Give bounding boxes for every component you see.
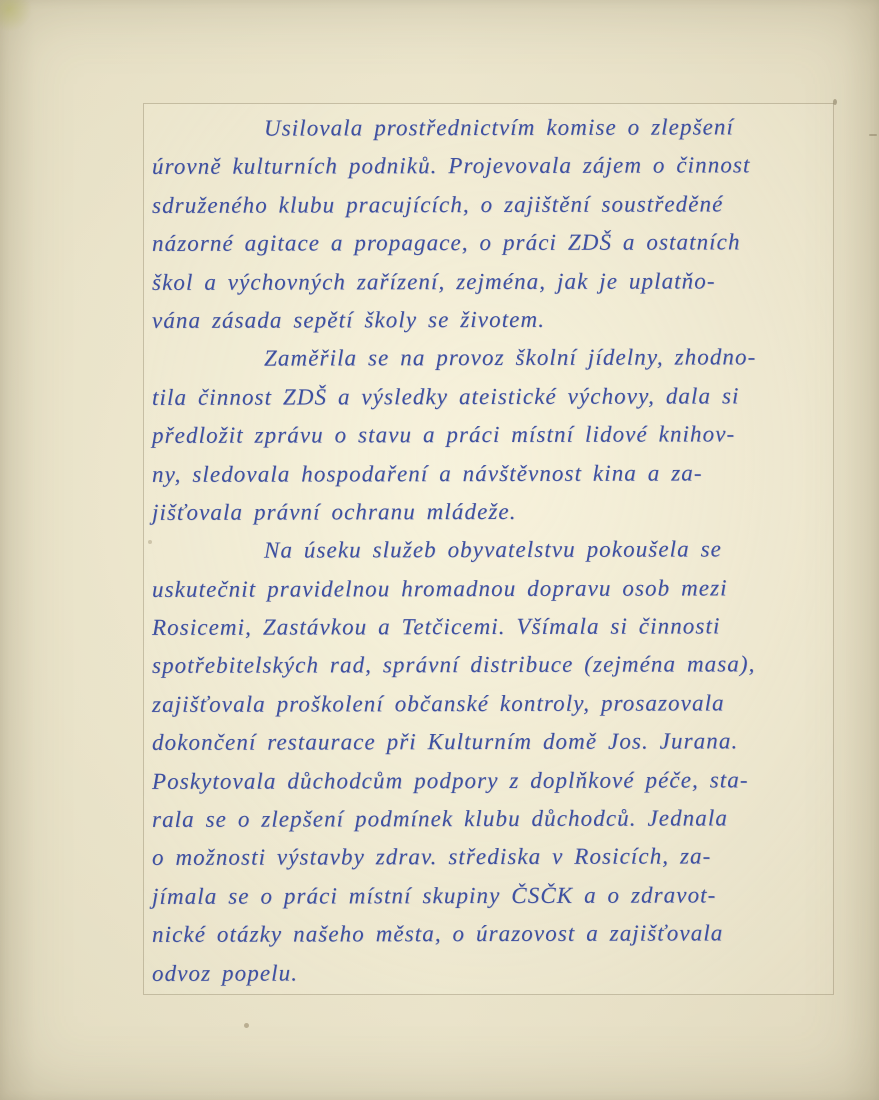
handwritten-line: jišťovala právní ochranu mládeže. [152, 492, 828, 532]
handwritten-line: ny, sledovala hospodaření a návštěvnost … [152, 454, 828, 494]
handwritten-line: škol a výchovných zařízení, zejména, jak… [152, 262, 828, 302]
page-corner-tint [0, 0, 32, 32]
scanned-document-page: Usilovala prostřednictvím komise o zlepš… [0, 0, 879, 1100]
handwritten-line: názorné agitace a propagace, o práci ZDŠ… [152, 223, 828, 263]
handwritten-line: Rosicemi, Zastávkou a Tetčicemi. Všímala… [152, 607, 828, 647]
handwritten-line: Usilovala prostřednictvím komise o zlepš… [152, 108, 828, 148]
handwritten-line: Zaměřila se na provoz školní jídelny, zh… [152, 338, 828, 378]
paper-speck [244, 1023, 249, 1028]
handwritten-line: předložit zprávu o stavu a práci místní … [152, 415, 828, 455]
handwritten-line: vána zásada sepětí školy se životem. [152, 300, 828, 340]
handwritten-line: tila činnost ZDŠ a výsledky ateistické v… [152, 377, 828, 417]
handwritten-line: rala se o zlepšení podmínek klubu důchod… [152, 799, 828, 839]
handwriting-block: Usilovala prostřednictvím komise o zlepš… [152, 109, 828, 992]
handwritten-line: Poskytovala důchodcům podpory z doplňkov… [152, 761, 828, 801]
handwritten-line: dokončení restaurace při Kulturním domě … [152, 722, 828, 762]
handwritten-line: spotřebitelských rad, správní distribuce… [152, 646, 828, 686]
handwritten-line: uskutečnit pravidelnou hromadnou dopravu… [152, 569, 828, 609]
paper-speck [148, 540, 152, 544]
paper-speck [869, 134, 877, 136]
handwritten-line: úrovně kulturních podniků. Projevovala z… [152, 147, 828, 187]
frame-corner-mark [833, 99, 837, 105]
handwritten-line: odvoz popelu. [152, 953, 828, 993]
handwritten-line: zajišťovala proškolení občanské kontroly… [152, 684, 828, 724]
handwritten-line: sdruženého klubu pracujících, o zajištěn… [152, 185, 828, 225]
handwritten-line: Na úseku služeb obyvatelstvu pokoušela s… [152, 530, 828, 570]
handwritten-line: jímala se o práci místní skupiny ČSČK a … [152, 876, 828, 916]
handwritten-line: nické otázky našeho města, o úrazovost a… [152, 914, 828, 954]
handwritten-line: o možnosti výstavby zdrav. střediska v R… [152, 838, 828, 878]
